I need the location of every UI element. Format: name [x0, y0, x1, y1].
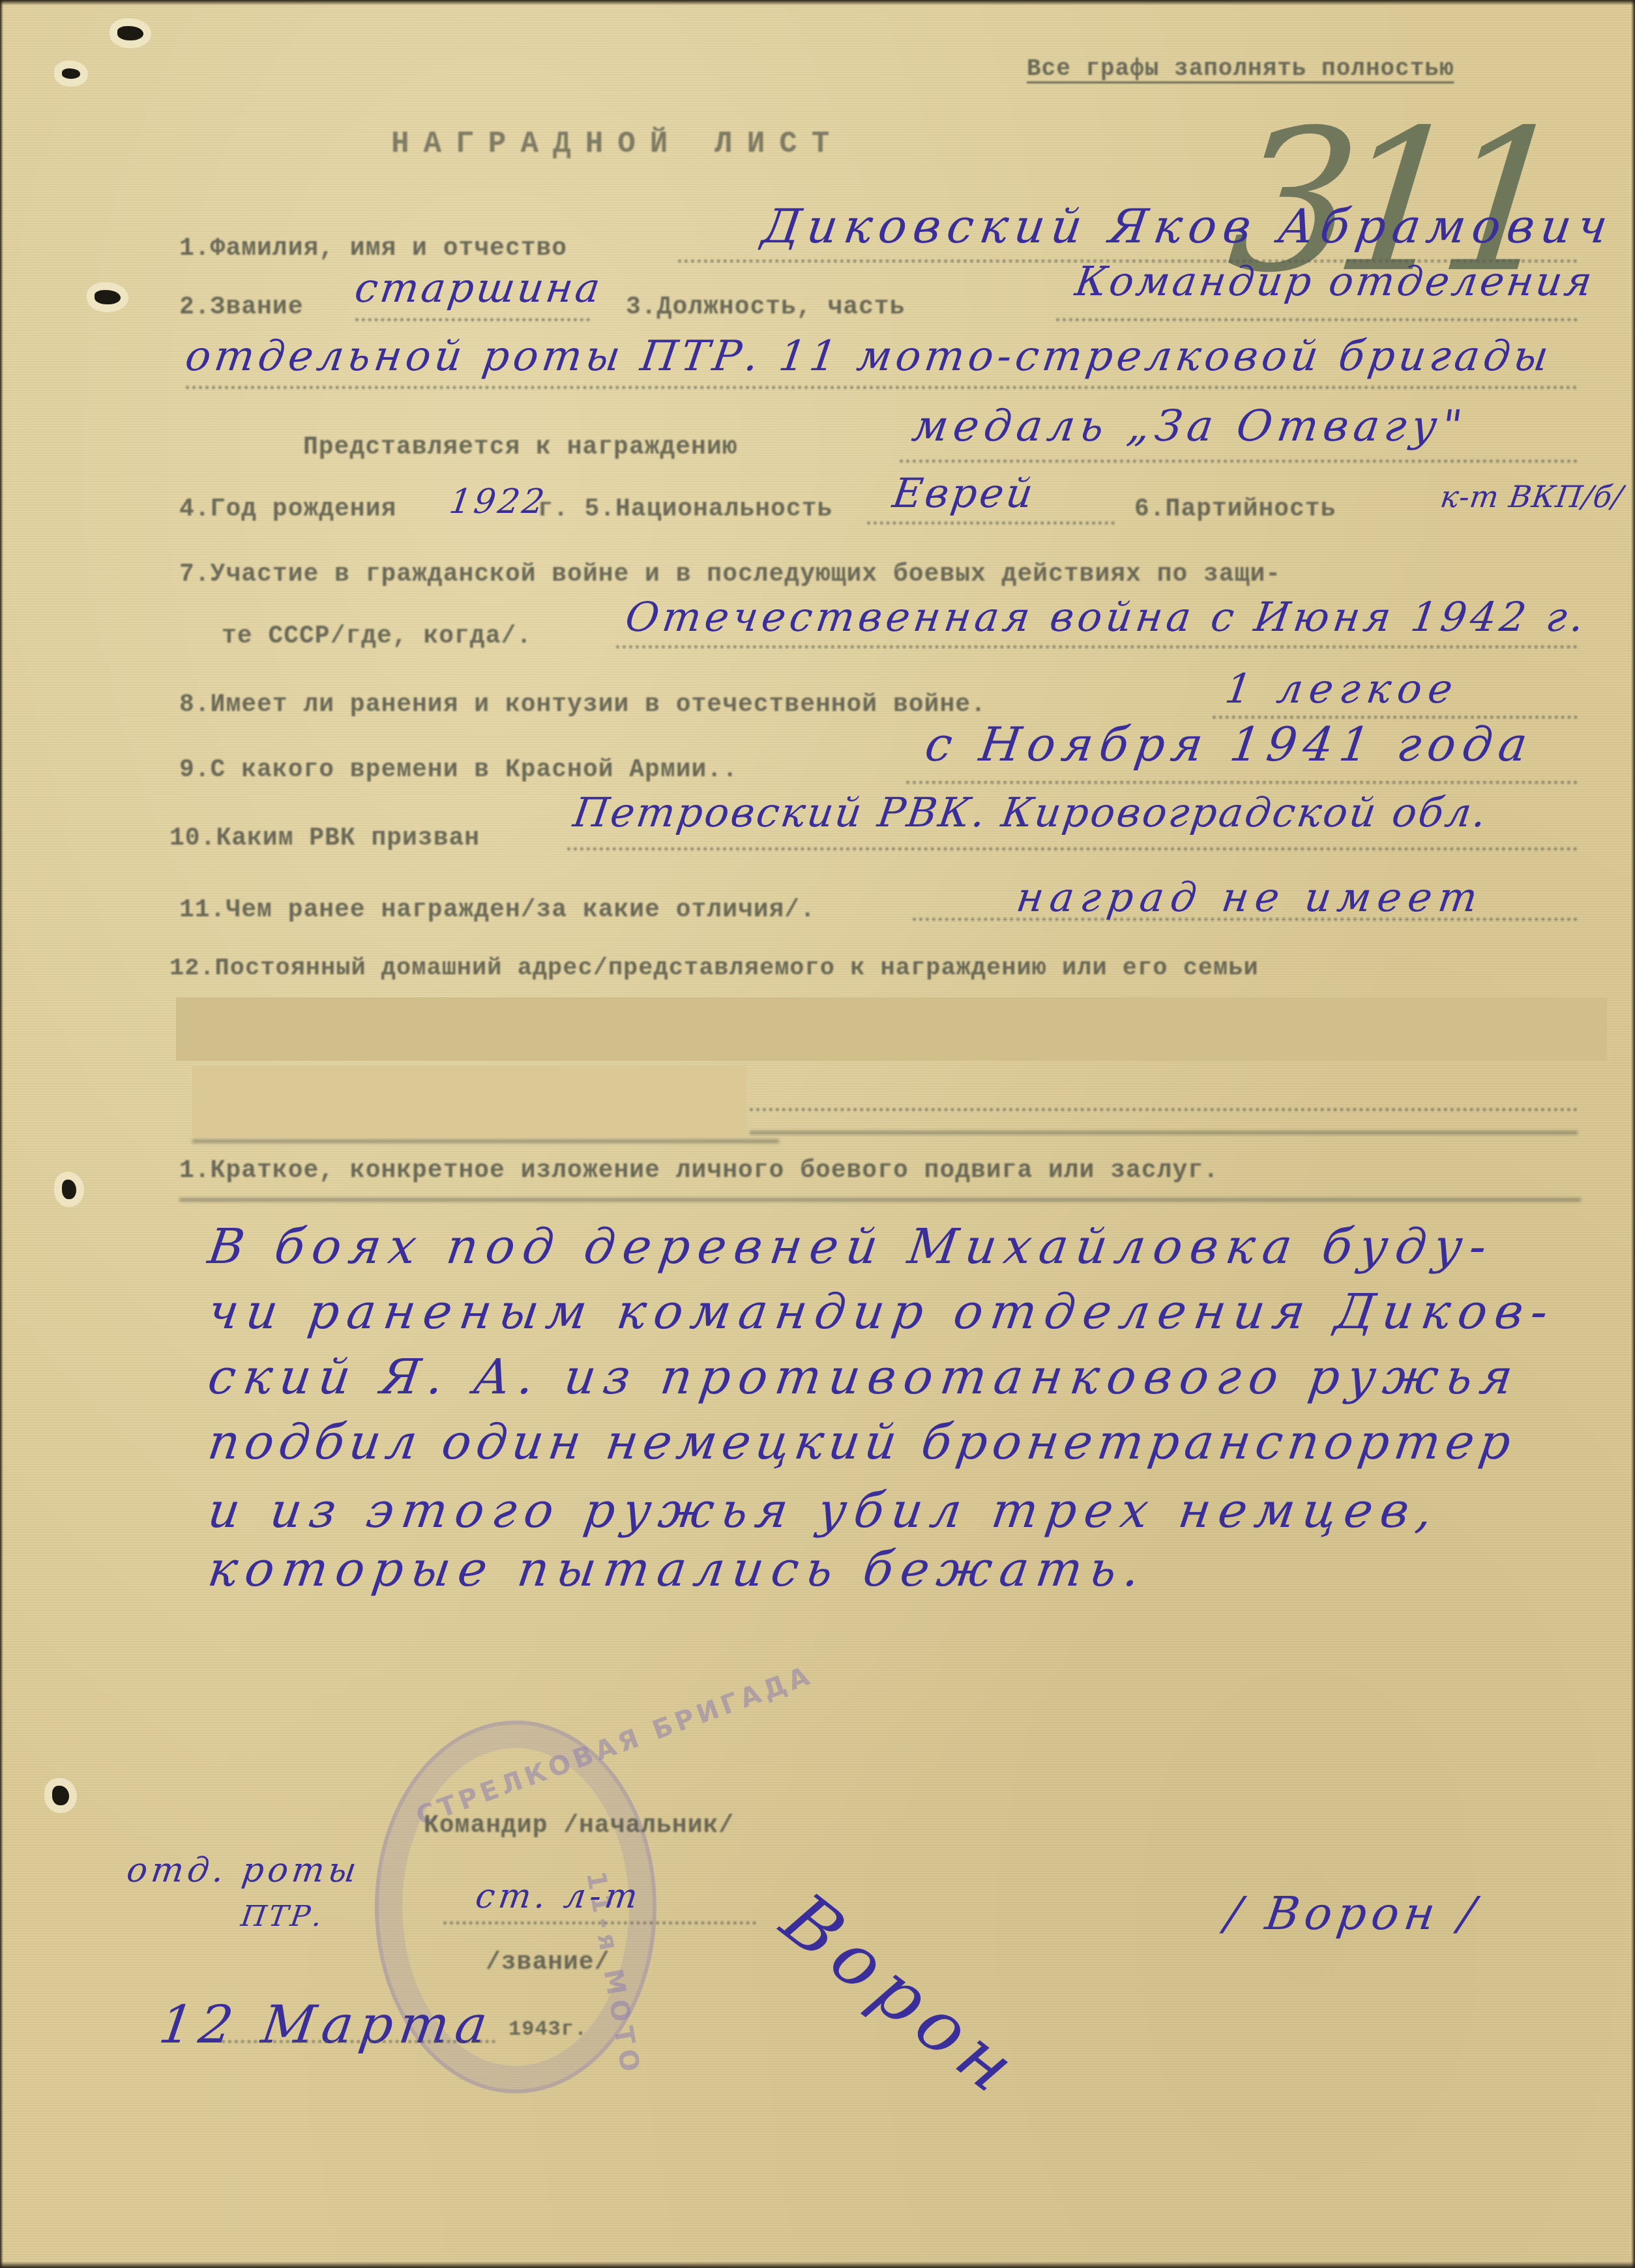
field-7-label-cont: те СССР/где, когда/.	[222, 622, 532, 650]
divider-line	[750, 1131, 1578, 1135]
punch-hole-icon	[117, 26, 143, 40]
nomination-label: Представляется к награждению	[303, 433, 738, 461]
field-7-value: Отечественная война с Июня 1942 г.	[623, 593, 1591, 641]
address-dots	[750, 1108, 1578, 1111]
field-8-value: 1 легкое	[1222, 665, 1462, 712]
field-3-value: Командир отделения	[1072, 257, 1597, 305]
field-1-label: 1.Фамилия, имя и отчество	[179, 235, 567, 263]
punch-hole-icon	[62, 1180, 76, 1199]
field-3-cont-dots	[186, 386, 1578, 389]
field-6-label: 6.Партийность	[1134, 495, 1336, 523]
header-note: Все графы заполнять полностью	[1027, 55, 1454, 82]
field-5-label: г. 5.Национальность	[538, 495, 832, 523]
field-2-dots	[355, 318, 590, 321]
punch-hole-icon	[62, 68, 80, 79]
nomination-dots	[900, 459, 1578, 463]
page-title: НАГРАДНОЙ ЛИСТ	[391, 127, 844, 161]
unit-hand-2: ПТР.	[239, 1900, 326, 1933]
feat-section-label: 1.Краткое, конкретное изложение личного …	[179, 1157, 1219, 1185]
signature: Ворон	[767, 1877, 1037, 2114]
redaction-box	[192, 1066, 746, 1137]
field-2-value: старшина	[352, 264, 606, 312]
field-11-value: наград не имеет	[1014, 873, 1487, 921]
punch-hole-icon	[52, 1786, 69, 1805]
feat-line: которые пытались бежать.	[205, 1541, 1151, 1597]
field-2-label: 2.Звание	[179, 293, 303, 321]
field-9-label: 9.С какого времени в Красной Армии..	[179, 756, 738, 784]
date-value: 12 Марта	[155, 1994, 497, 2055]
unit-hand-1: отд. роты	[125, 1851, 362, 1890]
paper-edge-right	[1631, 0, 1635, 2268]
rank-dots	[443, 1921, 756, 1925]
date-dots	[222, 2040, 495, 2043]
field-4-label: 4.Год рождения	[179, 495, 396, 523]
field-10-value: Петровский РВК. Кировоградской обл.	[570, 789, 1492, 836]
field-10-dots	[567, 847, 1578, 850]
field-7-dots	[616, 645, 1578, 648]
field-10-label: 10.Каким РВК призван	[169, 824, 480, 852]
field-4-value: 1922	[447, 482, 550, 521]
redaction-box	[176, 997, 1607, 1061]
nomination-value: медаль „За Отвагу"	[909, 401, 1471, 451]
feat-line: ский Я. А. из противотанкового ружья	[205, 1349, 1524, 1405]
signer-name: / Ворон /	[1222, 1887, 1484, 1940]
divider-line	[179, 1198, 1581, 1202]
field-12-label: 12.Постоянный домашний адрес/представляе…	[169, 955, 1259, 982]
field-9-dots	[906, 781, 1578, 784]
feat-line: подбил один немецкий бронетранспортер	[205, 1414, 1520, 1470]
field-6-value: к-т ВКП/б/	[1438, 479, 1625, 514]
field-9-value: с Ноября 1941 года	[922, 717, 1537, 772]
paper-edge-top	[0, 0, 1635, 5]
stamp-text-top: СТРЕЛКОВАЯ БРИГАДА	[413, 1660, 817, 1831]
feat-line: В боях под деревней Михайловка буду-	[205, 1219, 1498, 1275]
field-3-dots	[1056, 318, 1578, 321]
paper-edge-left	[0, 0, 3, 2268]
date-year: 1943г.	[508, 2017, 587, 2041]
punch-hole-icon	[95, 290, 121, 304]
commander-label: Командир /начальник/	[424, 1812, 734, 1840]
feat-line: чи раненым командир отделения Диков-	[205, 1284, 1559, 1340]
rank-value: ст. л-т	[473, 1877, 644, 1916]
field-11-label: 11.Чем ранее награжден/за какие отличия/…	[179, 896, 816, 924]
field-5-dots	[867, 521, 1115, 525]
field-3-value-cont: отдельной роты ПТР. 11 мото-стрелковой б…	[183, 332, 1555, 381]
field-7-label: 7.Участие в гражданской войне и в послед…	[179, 560, 1281, 589]
field-1-value: Диковский Яков Абрамович	[759, 199, 1617, 254]
divider-line	[192, 1139, 779, 1143]
paper-edge-bottom	[0, 2261, 1635, 2268]
field-3-label: 3.Должность, часть	[626, 293, 905, 321]
feat-line: и из этого ружья убил трех немцев,	[205, 1483, 1444, 1539]
field-8-label: 8.Имеет ли ранения и контузии в отечеств…	[179, 691, 986, 719]
field-5-value: Еврей	[890, 469, 1038, 517]
rank-label: /звание/	[486, 1949, 610, 1977]
